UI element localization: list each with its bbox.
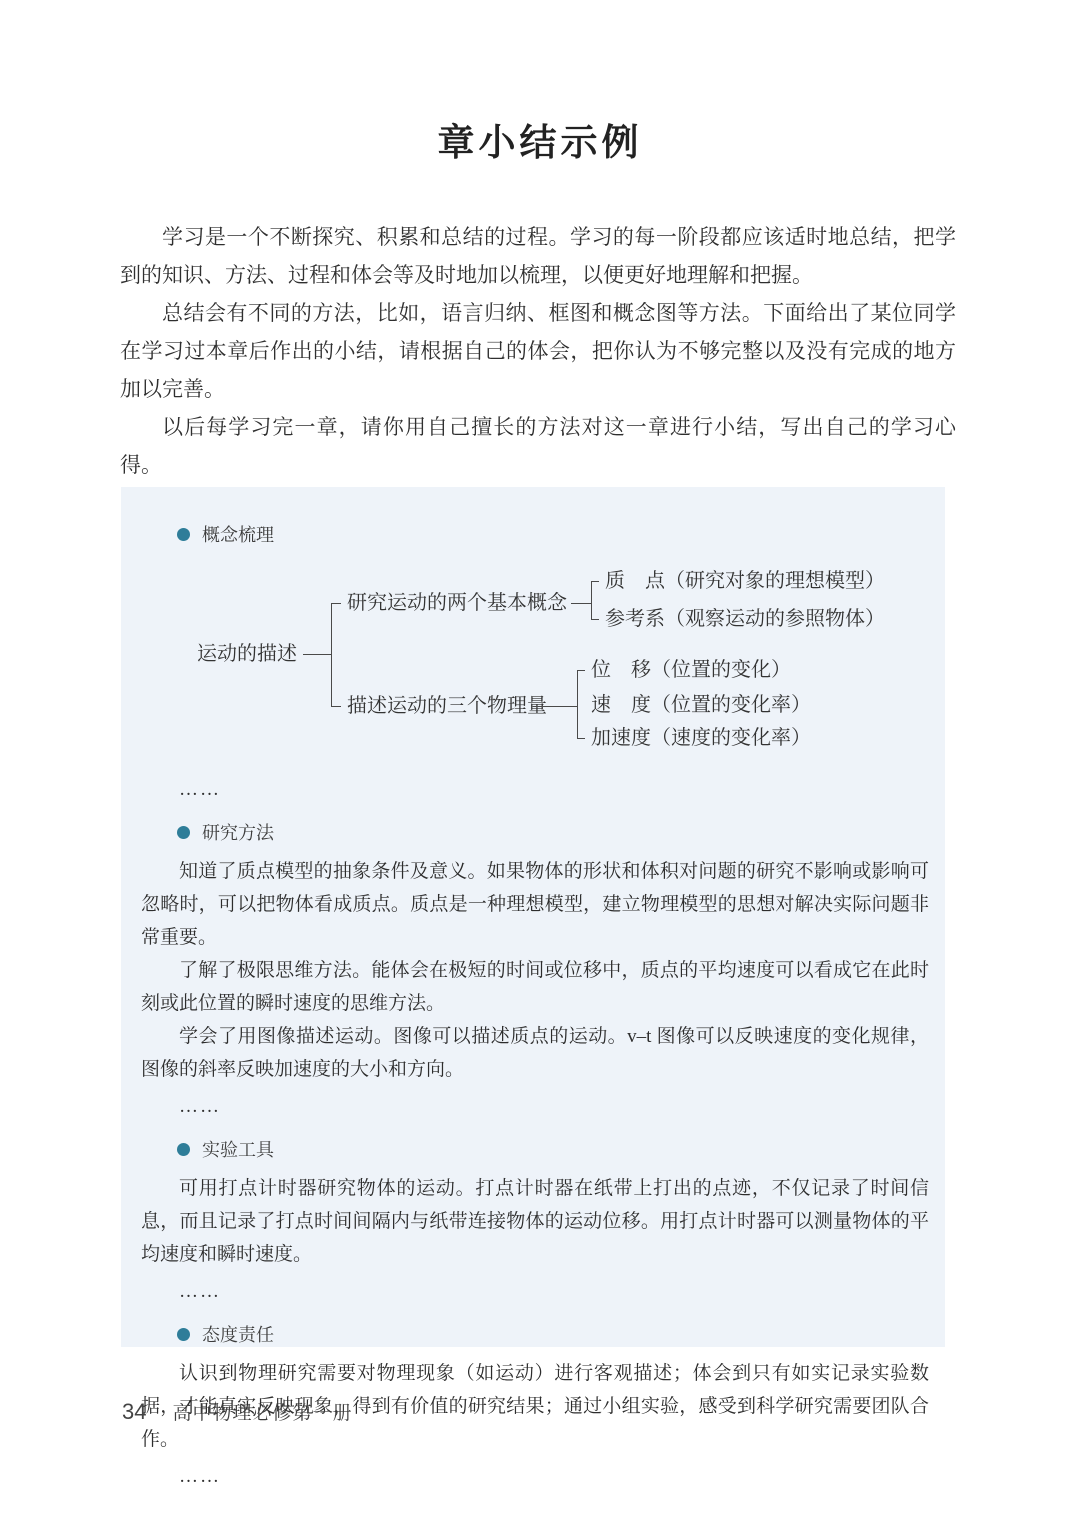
connector-line	[331, 603, 332, 707]
page-footer: 34 高中物理必修第一册	[122, 1398, 353, 1425]
bullet-dot-icon	[177, 826, 190, 839]
intro-paragraph: 学习是一个不断探究、积累和总结的过程。学习的每一阶段都应该适时地总结，把学到的知…	[120, 218, 956, 294]
connector-line	[577, 738, 585, 739]
connector-line	[331, 603, 341, 604]
concept-map-leaf: 速 度（位置的变化率）	[591, 691, 811, 719]
connector-line	[577, 670, 585, 671]
section-heading-attitude: 态度责任	[177, 1321, 929, 1347]
intro-paragraph: 总结会有不同的方法，比如，语言归纳、框图和概念图等方法。下面给出了某位同学在学习…	[120, 294, 956, 408]
section-heading-label: 概念梳理	[202, 521, 274, 547]
ellipsis: ……	[141, 1462, 929, 1492]
bullet-dot-icon	[177, 1328, 190, 1341]
concept-map-leaf: 参考系（观察运动的参照物体）	[605, 605, 885, 633]
ellipsis: ……	[141, 1277, 929, 1307]
concept-map-diagram: 运动的描述 研究运动的两个基本概念 质 点（研究对象的理想模型） 参考系（观察运…	[141, 563, 929, 769]
connector-line	[591, 581, 592, 620]
section-heading-label: 实验工具	[202, 1136, 274, 1162]
section-paragraph: 可用打点计时器研究物体的运动。打点计时器在纸带上打出的点迹，不仅记录了时间信息，…	[141, 1172, 929, 1271]
student-summary-box: 概念梳理 运动的描述 研究运动的两个基本概念 质 点（研究对象的理想模型） 参考…	[121, 487, 945, 1347]
concept-map-leaf: 加速度（速度的变化率）	[591, 724, 811, 752]
connector-line	[577, 670, 578, 739]
connector-line	[331, 706, 341, 707]
section-paragraph: 知道了质点模型的抽象条件及意义。如果物体的形状和体积对问题的研究不影响或影响可忽…	[141, 855, 929, 954]
connector-line	[533, 706, 577, 707]
page-number: 34	[122, 1399, 146, 1425]
concept-map-root: 运动的描述	[197, 640, 297, 668]
intro-paragraphs: 学习是一个不断探究、积累和总结的过程。学习的每一阶段都应该适时地总结，把学到的知…	[120, 218, 956, 484]
section-paragraph: 学会了用图像描述运动。图像可以描述质点的运动。v–t 图像可以反映速度的变化规律…	[141, 1020, 929, 1086]
concept-map-leaf: 位 移（位置的变化）	[591, 656, 791, 684]
book-title: 高中物理必修第一册	[172, 1398, 352, 1425]
section-paragraph: 了解了极限思维方法。能体会在极短的时间或位移中，质点的平均速度可以看成它在此时刻…	[141, 954, 929, 1020]
connector-line	[303, 654, 331, 655]
section-heading-label: 态度责任	[202, 1321, 274, 1347]
concept-map-leaf: 质 点（研究对象的理想模型）	[605, 567, 885, 595]
page-title: 章小结示例	[0, 112, 1080, 166]
connector-line	[591, 581, 599, 582]
textbook-page: 章小结示例 学习是一个不断探究、积累和总结的过程。学习的每一阶段都应该适时地总结…	[0, 0, 1080, 1515]
ellipsis: ……	[141, 775, 929, 805]
intro-paragraph: 以后每学习完一章，请你用自己擅长的方法对这一章进行小结，写出自己的学习心得。	[120, 408, 956, 484]
concept-map-branch: 描述运动的三个物理量	[347, 692, 547, 720]
section-heading-concepts: 概念梳理	[177, 521, 929, 547]
connector-line	[571, 603, 591, 604]
concept-map-branch: 研究运动的两个基本概念	[347, 589, 567, 617]
bullet-dot-icon	[177, 528, 190, 541]
connector-line	[591, 619, 599, 620]
section-heading-methods: 研究方法	[177, 819, 929, 845]
ellipsis: ……	[141, 1092, 929, 1122]
section-heading-label: 研究方法	[202, 819, 274, 845]
bullet-dot-icon	[177, 1143, 190, 1156]
section-heading-tools: 实验工具	[177, 1136, 929, 1162]
